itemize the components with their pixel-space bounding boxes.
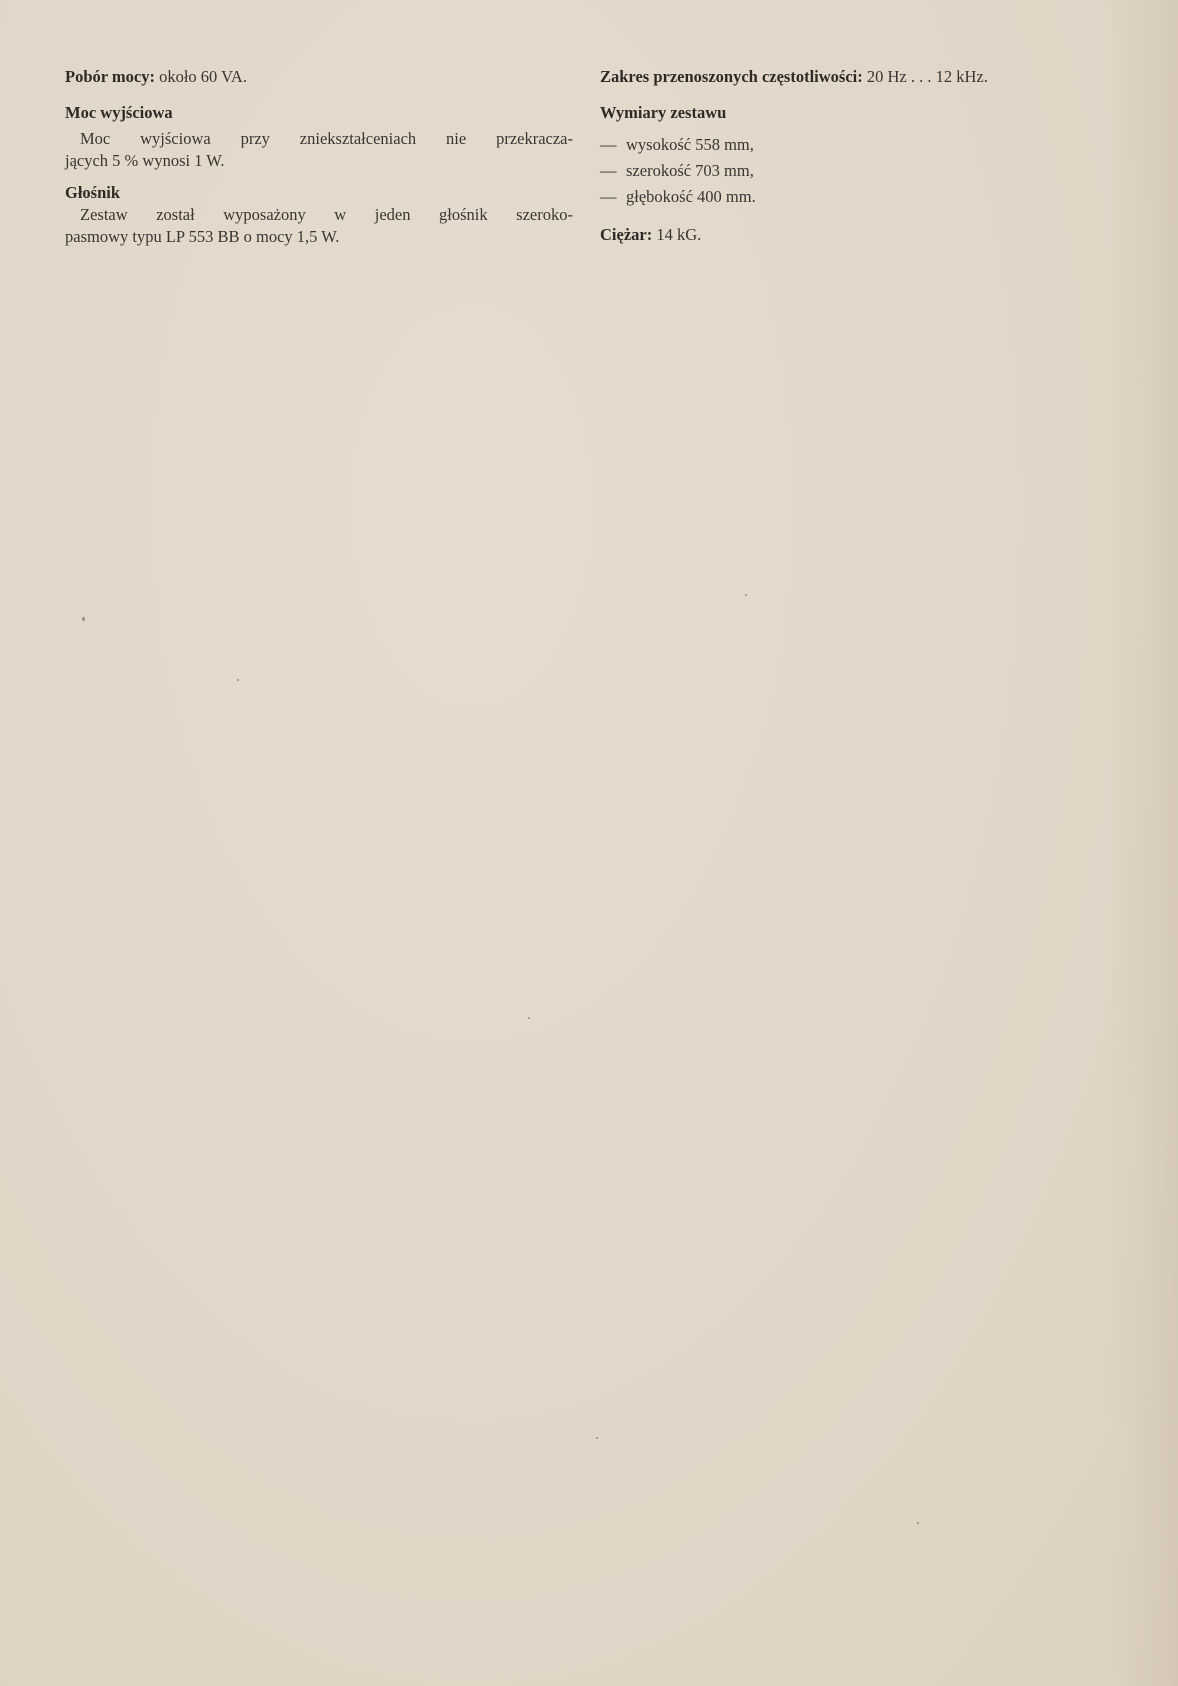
output-power-heading: Moc wyjściowa — [65, 102, 573, 124]
dimension-height: —wysokość 558 mm, — [600, 132, 1080, 158]
dimension-depth: —głębokość 400 mm. — [600, 184, 1080, 210]
dimension-width-text: szerokość 703 mm, — [626, 161, 754, 180]
weight-value: 14 kG. — [652, 225, 701, 244]
paper-speck — [237, 679, 239, 681]
frequency-range-line: Zakres przenoszonych częstotliwości: 20 … — [600, 66, 1080, 88]
speaker-heading: Głośnik — [65, 182, 573, 204]
output-power-text-line1: Moc wyjściowa przy zniekształceniach nie… — [65, 128, 573, 150]
paper-speck — [528, 1017, 530, 1019]
power-consumption-label: Pobór mocy: — [65, 67, 155, 86]
speaker-text-line1: Zestaw został wyposażony w jeden głośnik… — [65, 204, 573, 226]
dash-icon: — — [600, 158, 626, 184]
weight-line: Ciężar: 14 kG. — [600, 224, 1080, 246]
power-consumption-line: Pobór mocy: około 60 VA. — [65, 66, 573, 88]
dimension-height-text: wysokość 558 mm, — [626, 135, 754, 154]
frequency-range-label: Zakres przenoszonych częstotliwości: — [600, 67, 863, 86]
right-column: Zakres przenoszonych częstotliwości: 20 … — [600, 66, 1080, 246]
dimension-depth-text: głębokość 400 mm. — [626, 187, 756, 206]
dash-icon: — — [600, 184, 626, 210]
speaker-text-line2: pasmowy typu LP 553 BB o mocy 1,5 W. — [65, 226, 573, 248]
paper-speck — [917, 1522, 919, 1524]
power-consumption-value: około 60 VA. — [155, 67, 247, 86]
dimensions-heading: Wymiary zestawu — [600, 102, 1080, 124]
dash-icon: — — [600, 132, 626, 158]
document-page: Pobór mocy: około 60 VA. Moc wyjściowa M… — [0, 0, 1178, 1686]
paper-speck — [596, 1437, 598, 1439]
paper-speck — [745, 594, 747, 596]
left-column: Pobór mocy: około 60 VA. Moc wyjściowa M… — [65, 66, 573, 248]
weight-label: Ciężar: — [600, 225, 652, 244]
frequency-range-value: 20 Hz . . . 12 kHz. — [863, 67, 988, 86]
output-power-text-line2: jących 5 % wynosi 1 W. — [65, 150, 573, 172]
paper-speck — [82, 617, 85, 621]
dimension-width: —szerokość 703 mm, — [600, 158, 1080, 184]
